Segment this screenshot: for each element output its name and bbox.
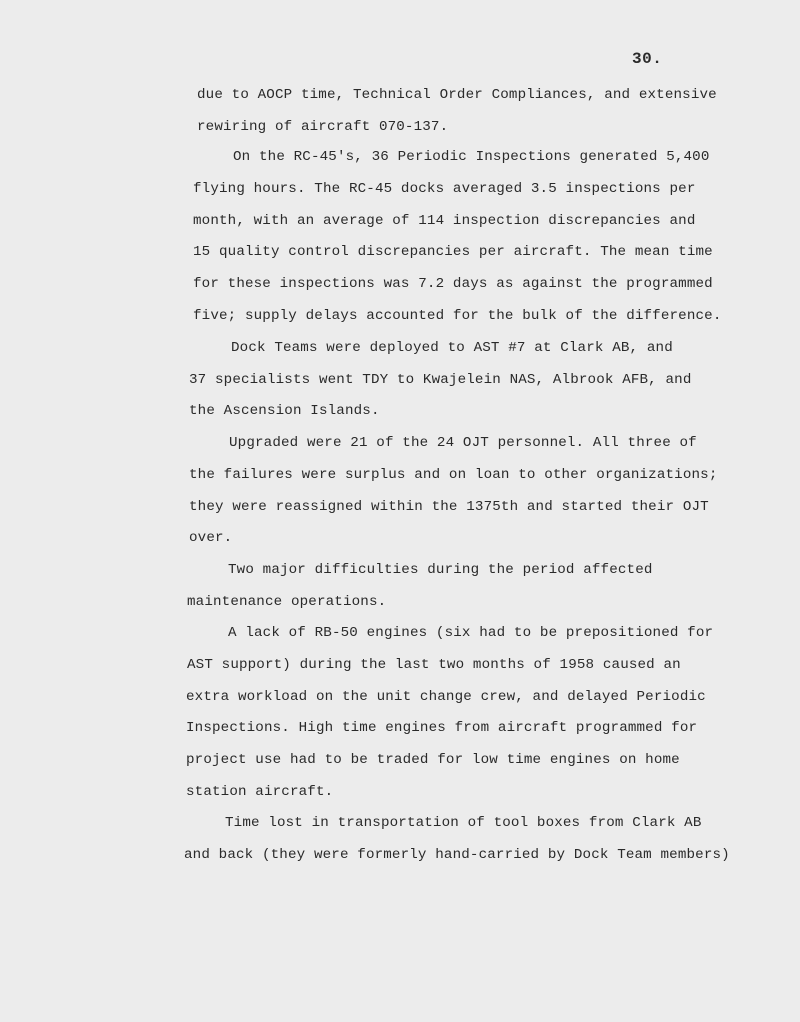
text-line: the Ascension Islands. xyxy=(189,402,380,420)
text-line: five; supply delays accounted for the bu… xyxy=(193,307,722,325)
text-line: they were reassigned within the 1375th a… xyxy=(189,498,709,516)
page-number: 30. xyxy=(632,50,662,68)
text-line: due to AOCP time, Technical Order Compli… xyxy=(197,86,717,104)
text-line: On the RC-45's, 36 Periodic Inspections … xyxy=(233,148,710,166)
text-line: flying hours. The RC-45 docks averaged 3… xyxy=(193,180,696,198)
text-line: over. xyxy=(189,529,232,547)
text-line: Two major difficulties during the period… xyxy=(228,561,653,579)
text-line: the failures were surplus and on loan to… xyxy=(189,466,718,484)
text-line: Inspections. High time engines from airc… xyxy=(186,719,697,737)
text-line: 37 specialists went TDY to Kwajelein NAS… xyxy=(189,371,692,389)
text-line: and back (they were formerly hand-carrie… xyxy=(184,846,730,864)
text-line: Time lost in transportation of tool boxe… xyxy=(225,814,702,832)
text-line: A lack of RB-50 engines (six had to be p… xyxy=(228,624,713,642)
text-line: AST support) during the last two months … xyxy=(187,656,681,674)
document-page: 30. due to AOCP time, Technical Order Co… xyxy=(0,0,800,1022)
text-line: rewiring of aircraft 070-137. xyxy=(197,118,448,136)
text-line: maintenance operations. xyxy=(187,593,386,611)
text-line: station aircraft. xyxy=(186,783,333,801)
text-line: project use had to be traded for low tim… xyxy=(186,751,680,769)
text-line: month, with an average of 114 inspection… xyxy=(193,212,696,230)
text-line: extra workload on the unit change crew, … xyxy=(186,688,706,706)
text-line: Dock Teams were deployed to AST #7 at Cl… xyxy=(231,339,673,357)
text-line: 15 quality control discrepancies per air… xyxy=(193,243,713,261)
text-line: Upgraded were 21 of the 24 OJT personnel… xyxy=(229,434,697,452)
text-line: for these inspections was 7.2 days as ag… xyxy=(193,275,713,293)
